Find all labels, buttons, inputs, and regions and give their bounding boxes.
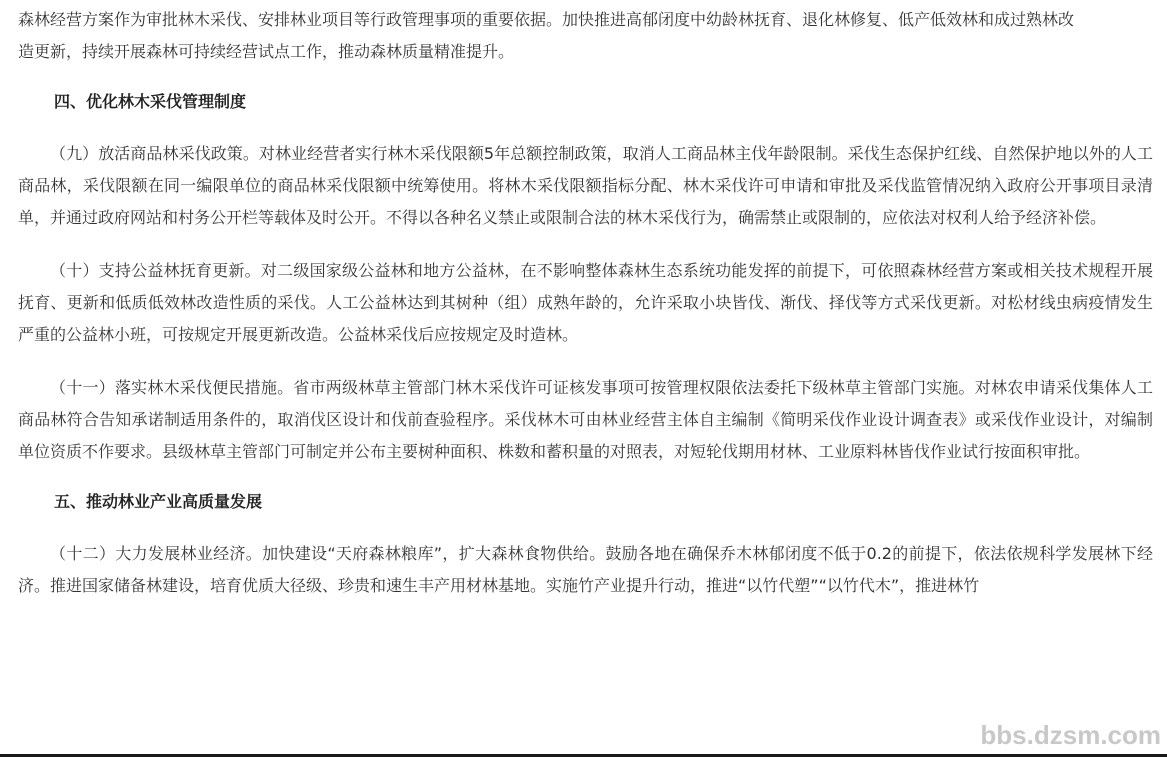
paragraph-item-9: （九）放活商品林采伐政策。对林业经营者实行林木采伐限额5年总额控制政策，取消人工… <box>18 138 1153 234</box>
article-body: 森林经营方案作为审批林木采伐、安排林业项目等行政管理事项的重要依据。加快推进高郁… <box>18 0 1153 602</box>
paragraph-item-11: （十一）落实林木采伐便民措施。省市两级林草主管部门林木采伐许可证核发事项可按管理… <box>18 372 1153 468</box>
paragraph-intro-line-1: 森林经营方案作为审批林木采伐、安排林业项目等行政管理事项的重要依据。加快推进高郁… <box>18 4 1153 36</box>
section-heading-4: 四、优化林木采伐管理制度 <box>18 86 1153 118</box>
watermark: bbs.dzsm.com <box>980 720 1161 751</box>
paragraph-item-10: （十）支持公益林抚育更新。对二级国家级公益林和地方公益林，在不影响整体森林生态系… <box>18 255 1153 351</box>
paragraph-intro-line-2: 造更新，持续开展森林可持续经营试点工作，推动森林质量精准提升。 <box>18 36 1153 68</box>
section-heading-5: 五、推动林业产业高质量发展 <box>18 486 1153 518</box>
paragraph-item-12: （十二）大力发展林业经济。加快建设“天府森林粮库”，扩大森林食物供给。鼓励各地在… <box>18 538 1153 602</box>
